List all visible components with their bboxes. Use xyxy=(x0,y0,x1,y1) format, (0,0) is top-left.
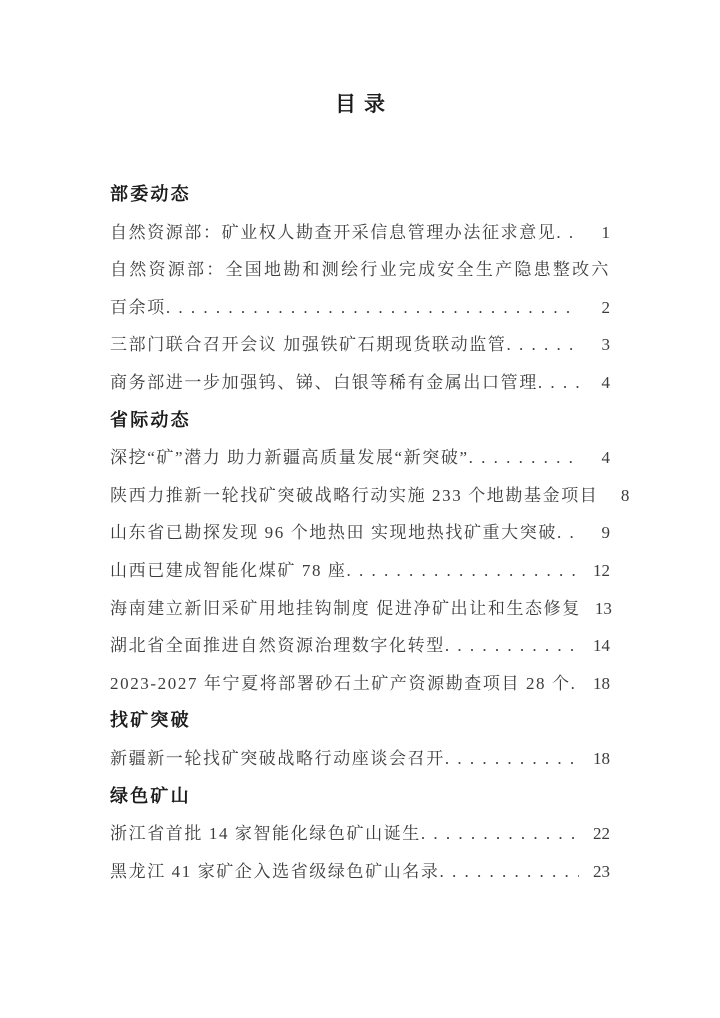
toc-page-number: 18 xyxy=(579,665,610,703)
dot-leader xyxy=(538,364,579,402)
toc-entry-text: 黑龙江 41 家矿企入选省级绿色矿山名录 xyxy=(110,853,440,891)
toc-entry-text: 山东省已勘探发现 96 个地热田 实现地热找矿重大突破 xyxy=(110,514,557,552)
toc-entry: 深挖“矿”潜力 助力新疆高质量发展“新突破” 4 xyxy=(110,439,610,477)
toc-entry-text: 自然资源部：矿业权人勘查开采信息管理办法征求意见 xyxy=(110,214,556,252)
toc-entry: 商务部进一步加强钨、锑、白银等稀有金属出口管理 4 xyxy=(110,364,610,402)
toc-page-number: 13 xyxy=(581,590,612,628)
dot-leader xyxy=(440,853,580,891)
toc-page-number: 3 xyxy=(579,326,610,364)
toc-entry-text: 山西已建成智能化煤矿 78 座 xyxy=(110,552,347,590)
dot-leader xyxy=(445,627,579,665)
toc-page-number: 1 xyxy=(579,214,610,252)
dot-leader xyxy=(469,439,579,477)
toc-page-number: 23 xyxy=(579,853,610,891)
dot-leader xyxy=(347,552,580,590)
dot-leader xyxy=(445,740,579,778)
section-heading-prospecting: 找矿突破 xyxy=(110,702,610,740)
toc-page-number: 12 xyxy=(579,552,610,590)
toc-page-number: 2 xyxy=(579,289,610,327)
toc-entry: 山东省已勘探发现 96 个地热田 实现地热找矿重大突破 9 xyxy=(110,514,610,552)
toc-content: 部委动态 自然资源部：矿业权人勘查开采信息管理办法征求意见 1 自然资源部：全国… xyxy=(110,176,610,890)
document-page: 目录 部委动态 自然资源部：矿业权人勘查开采信息管理办法征求意见 1 自然资源部… xyxy=(0,0,720,1018)
toc-entry-text: 湖北省全面推进自然资源治理数字化转型 xyxy=(110,627,445,665)
toc-page-number: 22 xyxy=(579,815,610,853)
toc-entry: 2023-2027 年宁夏将部署砂石土矿产资源勘查项目 28 个 18 xyxy=(110,665,610,703)
dot-leader xyxy=(557,514,579,552)
toc-entry-text: 2023-2027 年宁夏将部署砂石土矿产资源勘查项目 28 个 xyxy=(110,665,571,703)
dot-leader xyxy=(571,665,579,703)
section-heading-provincial: 省际动态 xyxy=(110,402,610,440)
toc-entry: 自然资源部：矿业权人勘查开采信息管理办法征求意见 1 xyxy=(110,214,610,252)
toc-page-number: 18 xyxy=(579,740,610,778)
toc-page-number: 4 xyxy=(579,439,610,477)
toc-entry-text: 陕西力推新一轮找矿突破战略行动实施 233 个地勘基金项目 xyxy=(110,477,598,515)
toc-entry: 浙江省首批 14 家智能化绿色矿山诞生 22 xyxy=(110,815,610,853)
toc-page-number: 8 xyxy=(598,477,629,515)
section-heading-ministry: 部委动态 xyxy=(110,176,610,214)
toc-entry: 陕西力推新一轮找矿突破战略行动实施 233 个地勘基金项目 8 xyxy=(110,477,610,515)
toc-entry: 湖北省全面推进自然资源治理数字化转型 14 xyxy=(110,627,610,665)
toc-entry-text: 百余项 xyxy=(110,289,166,327)
toc-entry: 黑龙江 41 家矿企入选省级绿色矿山名录 23 xyxy=(110,853,610,891)
toc-entry: 山西已建成智能化煤矿 78 座 12 xyxy=(110,552,610,590)
toc-page-number: 4 xyxy=(579,364,610,402)
toc-entry-text: 新疆新一轮找矿突破战略行动座谈会召开 xyxy=(110,740,445,778)
toc-page-number: 14 xyxy=(579,627,610,665)
dot-leader xyxy=(506,326,579,364)
toc-entry-wrapped-line2: 百余项 2 xyxy=(110,289,610,327)
toc-entry-wrapped-line1: 自然资源部：全国地勘和测绘行业完成安全生产隐患整改六千一 xyxy=(110,251,610,289)
toc-entry-text: 商务部进一步加强钨、锑、白银等稀有金属出口管理 xyxy=(110,364,538,402)
toc-entry: 新疆新一轮找矿突破战略行动座谈会召开 18 xyxy=(110,740,610,778)
toc-entry-text: 深挖“矿”潜力 助力新疆高质量发展“新突破” xyxy=(110,439,469,477)
dot-leader xyxy=(421,815,579,853)
toc-entry-text: 浙江省首批 14 家智能化绿色矿山诞生 xyxy=(110,815,421,853)
toc-entry: 三部门联合召开会议 加强铁矿石期现货联动监管 3 xyxy=(110,326,610,364)
toc-entry-text: 海南建立新旧采矿用地挂钩制度 促进净矿出让和生态修复 xyxy=(110,590,581,628)
toc-page-number: 9 xyxy=(579,514,610,552)
dot-leader xyxy=(166,289,579,327)
toc-entry-text: 三部门联合召开会议 加强铁矿石期现货联动监管 xyxy=(110,326,506,364)
toc-entry: 海南建立新旧采矿用地挂钩制度 促进净矿出让和生态修复 13 xyxy=(110,590,610,628)
dot-leader xyxy=(556,214,579,252)
section-heading-green-mines: 绿色矿山 xyxy=(110,778,610,816)
page-title: 目录 xyxy=(0,0,720,118)
